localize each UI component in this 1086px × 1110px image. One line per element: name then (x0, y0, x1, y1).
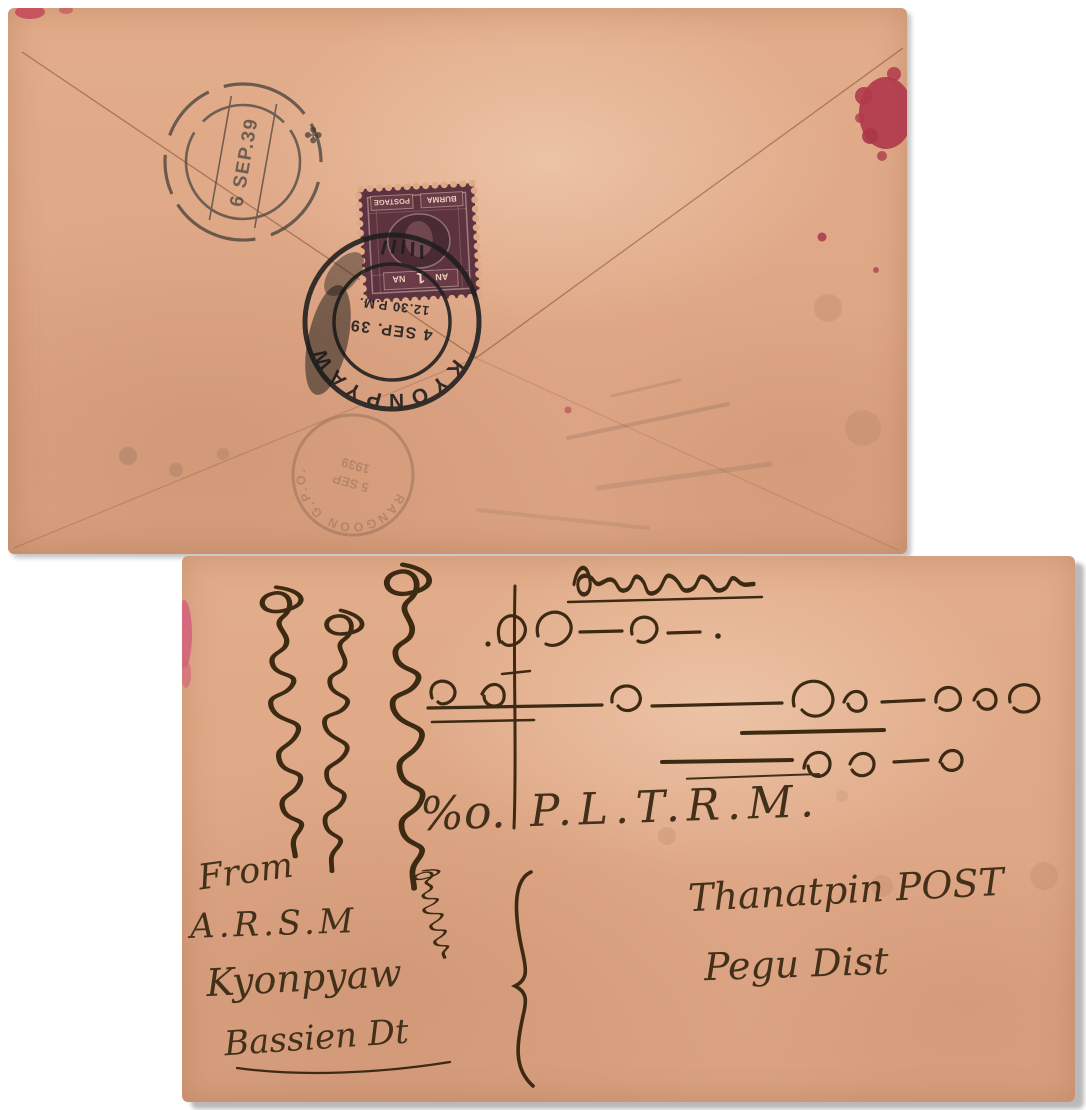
care-of-symbol: %o. (419, 784, 506, 841)
envelope-front: rotated handwritten Tamil cursive along … (182, 556, 1075, 1102)
postmark-rangoon-cds: RANGOON G.P.O. 5 SEP 1939 (275, 397, 435, 557)
tamil-invocation-script: உ யிறைது (568, 568, 762, 602)
tamil-vertical-script: rotated handwritten Tamil cursive along … (261, 564, 459, 961)
underline-flourish (237, 1062, 450, 1073)
brace-stroke (515, 872, 533, 1086)
despatch-date-band: 6 SEP.39 (209, 96, 276, 228)
quatrefoil-icon: ✤ (304, 124, 322, 149)
postmark-kyonpyaw-cds: KYONPYAW 4 SEP. 39 12.30 P.M. (292, 222, 492, 422)
despatch-date: 6 SEP.39 (226, 116, 262, 208)
care-of-name-overlined: R.M. (686, 773, 822, 832)
kyonpyaw-date: 4 SEP. 39 (349, 316, 434, 343)
envelope-back: 6 SEP.39 ✤ (8, 8, 907, 554)
sender-initials: A.R.S.M (189, 901, 358, 947)
front-stains (182, 600, 1058, 897)
addressee-district: Pegu Dist (703, 939, 889, 989)
svg-text:BURMA: BURMA (426, 194, 456, 205)
scuff-smudges (119, 294, 881, 528)
tamil-line2-script: அ.கு. சோம. (485, 612, 720, 646)
care-of-name: P.L.T. (529, 781, 687, 837)
svg-text:POSTAGE: POSTAGE (374, 196, 411, 207)
tamil-line3-script: இந்த டம் செய்யாரவர்களுகு (428, 681, 1039, 733)
kyonpyaw-time: 12.30 P.M. (358, 295, 431, 319)
scanned-postal-cover: 6 SEP.39 ✤ (0, 0, 1086, 1110)
